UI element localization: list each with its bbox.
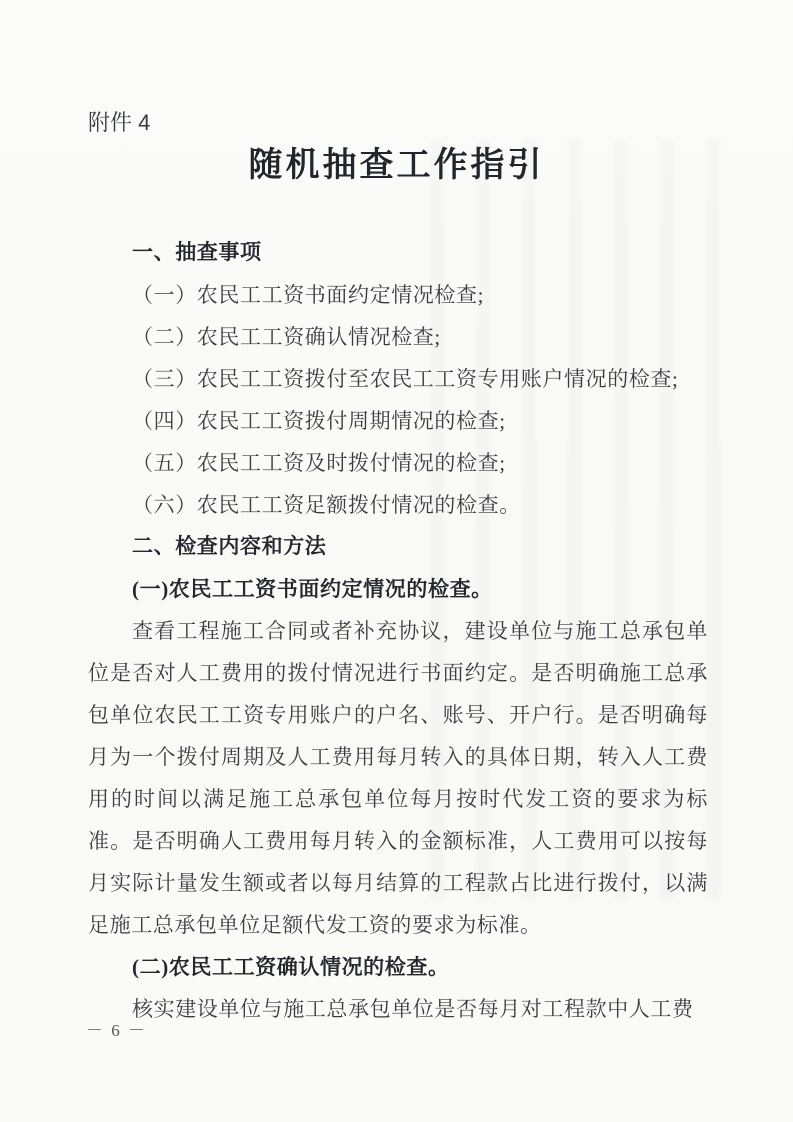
section-2-heading: 二、检查内容和方法 — [88, 526, 708, 568]
subsection-2-paragraph: 核实建设单位与施工总承包单位是否每月对工程款中人工费 — [88, 988, 708, 1030]
page-number: － 6 － — [86, 1019, 147, 1043]
inspection-item-2: （二）农民工工资确认情况检查; — [88, 316, 708, 358]
subsection-1-heading: (一)农民工工资书面约定情况的检查。 — [88, 568, 708, 610]
inspection-item-1: （一）农民工工资书面约定情况检查; — [88, 274, 708, 316]
document-body: 一、抽查事项 （一）农民工工资书面约定情况检查; （二）农民工工资确认情况检查;… — [88, 232, 708, 1030]
inspection-item-3: （三）农民工工资拨付至农民工工资专用账户情况的检查; — [88, 358, 708, 400]
section-1-heading: 一、抽查事项 — [88, 232, 708, 274]
inspection-item-6: （六）农民工工资足额拨付情况的检查。 — [88, 484, 708, 526]
subsection-2-heading: (二)农民工工资确认情况的检查。 — [88, 946, 708, 988]
attachment-label: 附件 4 — [88, 109, 150, 137]
subsection-1-paragraph: 查看工程施工合同或者补充协议，建设单位与施工总承包单位是否对人工费用的拨付情况进… — [88, 610, 708, 946]
document-page: 附件 4 随机抽查工作指引 一、抽查事项 （一）农民工工资书面约定情况检查; （… — [0, 0, 793, 1122]
document-title: 随机抽查工作指引 — [0, 142, 793, 190]
inspection-item-4: （四）农民工工资拨付周期情况的检查; — [88, 400, 708, 442]
inspection-item-5: （五）农民工工资及时拨付情况的检查; — [88, 442, 708, 484]
